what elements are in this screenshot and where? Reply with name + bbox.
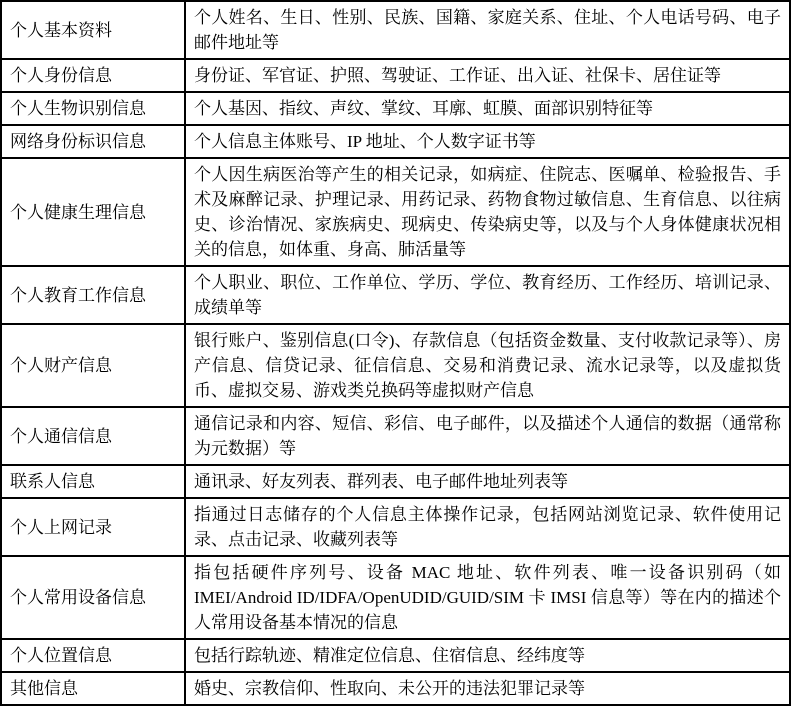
- description-cell: 指通过日志储存的个人信息主体操作记录，包括网站浏览记录、软件使用记录、点击记录、…: [185, 498, 790, 556]
- category-cell: 个人教育工作信息: [1, 266, 185, 324]
- table-row: 个人生物识别信息 个人基因、指纹、声纹、掌纹、耳廓、虹膜、面部识别特征等: [1, 92, 790, 125]
- description-cell: 个人职业、职位、工作单位、学历、学位、教育经历、工作经历、培训记录、成绩单等: [185, 266, 790, 324]
- description-cell: 个人姓名、生日、性别、民族、国籍、家庭关系、住址、个人电话号码、电子邮件地址等: [185, 1, 790, 59]
- category-cell: 个人常用设备信息: [1, 556, 185, 639]
- document-page: 个人基本资料 个人姓名、生日、性别、民族、国籍、家庭关系、住址、个人电话号码、电…: [0, 0, 791, 706]
- description-cell: 银行账户、鉴别信息(口令)、存款信息（包括资金数量、支付收款记录等）、房产信息、…: [185, 324, 790, 407]
- description-cell: 婚史、宗教信仰、性取向、未公开的违法犯罪记录等: [185, 672, 790, 705]
- description-cell: 个人因生病医治等产生的相关记录，如病症、住院志、医嘱单、检验报告、手术及麻醉记录…: [185, 158, 790, 266]
- table-row: 个人基本资料 个人姓名、生日、性别、民族、国籍、家庭关系、住址、个人电话号码、电…: [1, 1, 790, 59]
- category-cell: 个人身份信息: [1, 59, 185, 92]
- category-cell: 联系人信息: [1, 465, 185, 498]
- description-cell: 个人信息主体账号、IP 地址、个人数字证书等: [185, 125, 790, 158]
- table-row: 个人通信信息 通信记录和内容、短信、彩信、电子邮件，以及描述个人通信的数据（通常…: [1, 407, 790, 465]
- category-cell: 个人通信信息: [1, 407, 185, 465]
- table-body: 个人基本资料 个人姓名、生日、性别、民族、国籍、家庭关系、住址、个人电话号码、电…: [1, 1, 790, 705]
- description-cell: 指包括硬件序列号、设备 MAC 地址、软件列表、唯一设备识别码（如 IMEI/A…: [185, 556, 790, 639]
- category-cell: 个人财产信息: [1, 324, 185, 407]
- personal-info-table: 个人基本资料 个人姓名、生日、性别、民族、国籍、家庭关系、住址、个人电话号码、电…: [0, 0, 791, 706]
- table-row: 网络身份标识信息 个人信息主体账号、IP 地址、个人数字证书等: [1, 125, 790, 158]
- table-row: 个人身份信息 身份证、军官证、护照、驾驶证、工作证、出入证、社保卡、居住证等: [1, 59, 790, 92]
- table-row: 个人财产信息 银行账户、鉴别信息(口令)、存款信息（包括资金数量、支付收款记录等…: [1, 324, 790, 407]
- description-cell: 包括行踪轨迹、精准定位信息、住宿信息、经纬度等: [185, 639, 790, 672]
- table-row: 个人常用设备信息 指包括硬件序列号、设备 MAC 地址、软件列表、唯一设备识别码…: [1, 556, 790, 639]
- category-cell: 网络身份标识信息: [1, 125, 185, 158]
- description-cell: 通讯录、好友列表、群列表、电子邮件地址列表等: [185, 465, 790, 498]
- category-cell: 个人位置信息: [1, 639, 185, 672]
- category-cell: 其他信息: [1, 672, 185, 705]
- description-cell: 通信记录和内容、短信、彩信、电子邮件，以及描述个人通信的数据（通常称为元数据）等: [185, 407, 790, 465]
- description-cell: 身份证、军官证、护照、驾驶证、工作证、出入证、社保卡、居住证等: [185, 59, 790, 92]
- table-row: 联系人信息 通讯录、好友列表、群列表、电子邮件地址列表等: [1, 465, 790, 498]
- table-row: 个人教育工作信息 个人职业、职位、工作单位、学历、学位、教育经历、工作经历、培训…: [1, 266, 790, 324]
- table-row: 个人上网记录 指通过日志储存的个人信息主体操作记录，包括网站浏览记录、软件使用记…: [1, 498, 790, 556]
- category-cell: 个人生物识别信息: [1, 92, 185, 125]
- table-row: 个人位置信息 包括行踪轨迹、精准定位信息、住宿信息、经纬度等: [1, 639, 790, 672]
- category-cell: 个人基本资料: [1, 1, 185, 59]
- table-row: 个人健康生理信息 个人因生病医治等产生的相关记录，如病症、住院志、医嘱单、检验报…: [1, 158, 790, 266]
- table-row: 其他信息 婚史、宗教信仰、性取向、未公开的违法犯罪记录等: [1, 672, 790, 705]
- category-cell: 个人上网记录: [1, 498, 185, 556]
- description-cell: 个人基因、指纹、声纹、掌纹、耳廓、虹膜、面部识别特征等: [185, 92, 790, 125]
- category-cell: 个人健康生理信息: [1, 158, 185, 266]
